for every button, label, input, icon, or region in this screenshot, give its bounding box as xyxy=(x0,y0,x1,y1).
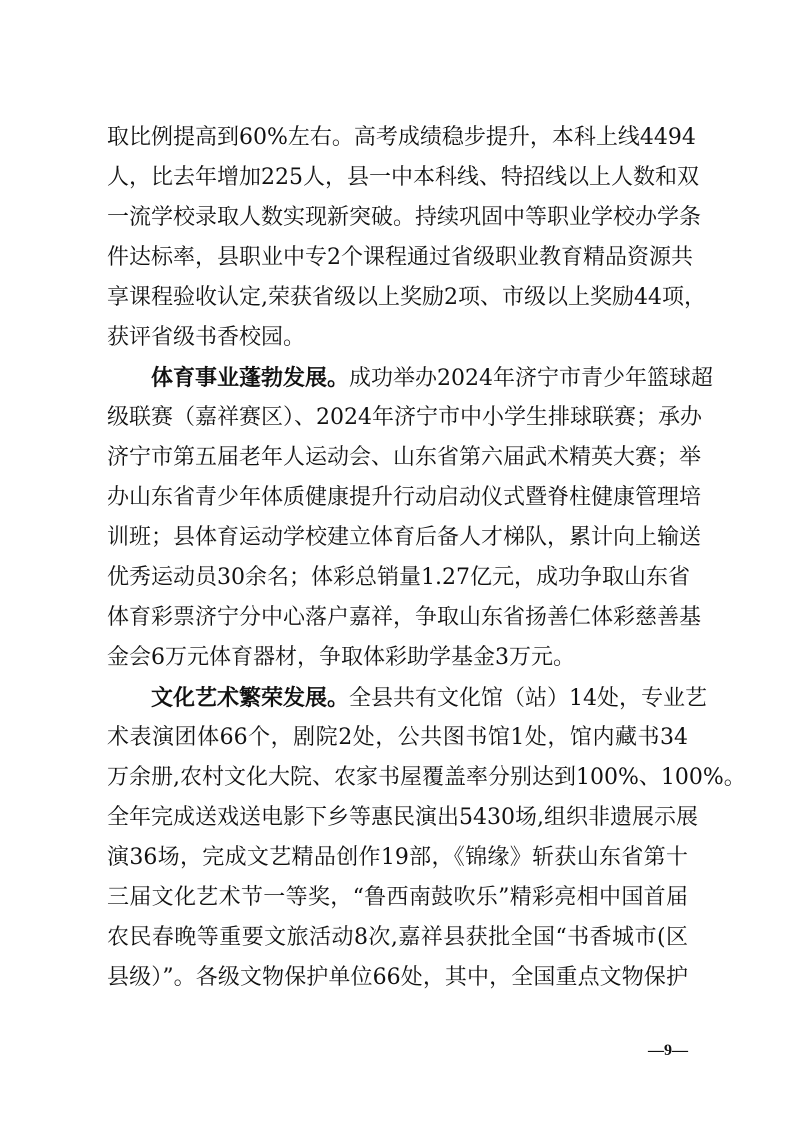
text-line: 级联赛（嘉祥赛区）、2024年济宁市中小学生排球联赛；承办 xyxy=(107,398,688,438)
paragraph-first-line: 体育事业蓬勃发展。成功举办2024年济宁市青少年篮球超 xyxy=(107,358,688,398)
document-body: 取比例提高到60%左右。高考成绩稳步提升，本科上线4494 人，比去年增加225… xyxy=(107,118,688,998)
paragraph-heading: 文化艺术繁荣发展。 xyxy=(151,685,349,711)
text-line: 三届文化艺术节一等奖，“鲁西南鼓吹乐”精彩亮相中国首届 xyxy=(107,878,688,918)
text-line: 术表演团体66个，剧院2处，公共图书馆1处，馆内藏书34 xyxy=(107,718,688,758)
text-line: 一流学校录取人数实现新突破。持续巩固中等职业学校办学条 xyxy=(107,198,688,238)
paragraph-heading: 体育事业蓬勃发展。 xyxy=(151,365,349,391)
text-line: 全年完成送戏送电影下乡等惠民演出5430场,组织非遗展示展 xyxy=(107,798,688,838)
paragraph-first-line: 文化艺术繁荣发展。全县共有文化馆（站）14处，专业艺 xyxy=(107,678,688,718)
text-line: 体育彩票济宁分中心落户嘉祥，争取山东省扬善仁体彩慈善基 xyxy=(107,598,688,638)
text-line: 优秀运动员30余名；体彩总销量1.27亿元，成功争取山东省 xyxy=(107,558,688,598)
text-line: 济宁市第五届老年人运动会、山东省第六届武术精英大赛；举 xyxy=(107,438,688,478)
text-line: 金会6万元体育器材，争取体彩助学基金3万元。 xyxy=(107,638,688,678)
page-number: —9— xyxy=(648,1042,688,1060)
text-span: 全县共有文化馆（站）14处，专业艺 xyxy=(349,686,707,711)
text-line: 训班；县体育运动学校建立体育后备人才梯队，累计向上输送 xyxy=(107,518,688,558)
text-line: 办山东省青少年体质健康提升行动启动仪式暨脊柱健康管理培 xyxy=(107,478,688,518)
text-line: 取比例提高到60%左右。高考成绩稳步提升，本科上线4494 xyxy=(107,118,688,158)
text-line: 获评省级书香校园。 xyxy=(107,318,688,358)
text-line: 县级）”。各级文物保护单位66处，其中，全国重点文物保护 xyxy=(107,958,688,998)
text-line: 人，比去年增加225人，县一中本科线、特招线以上人数和双 xyxy=(107,158,688,198)
text-line: 享课程验收认定,荣获省级以上奖励2项、市级以上奖励44项， xyxy=(107,278,688,318)
text-span: 成功举办2024年济宁市青少年篮球超 xyxy=(349,366,713,391)
text-line: 件达标率，县职业中专2个课程通过省级职业教育精品资源共 xyxy=(107,238,688,278)
text-line: 演36场，完成文艺精品创作19部，《锦缘》斩获山东省第十 xyxy=(107,838,688,878)
text-line: 农民春晚等重要文旅活动8次,嘉祥县获批全国“书香城市(区 xyxy=(107,918,688,958)
text-line: 万余册,农村文化大院、农家书屋覆盖率分别达到100%、100%。 xyxy=(107,758,688,798)
